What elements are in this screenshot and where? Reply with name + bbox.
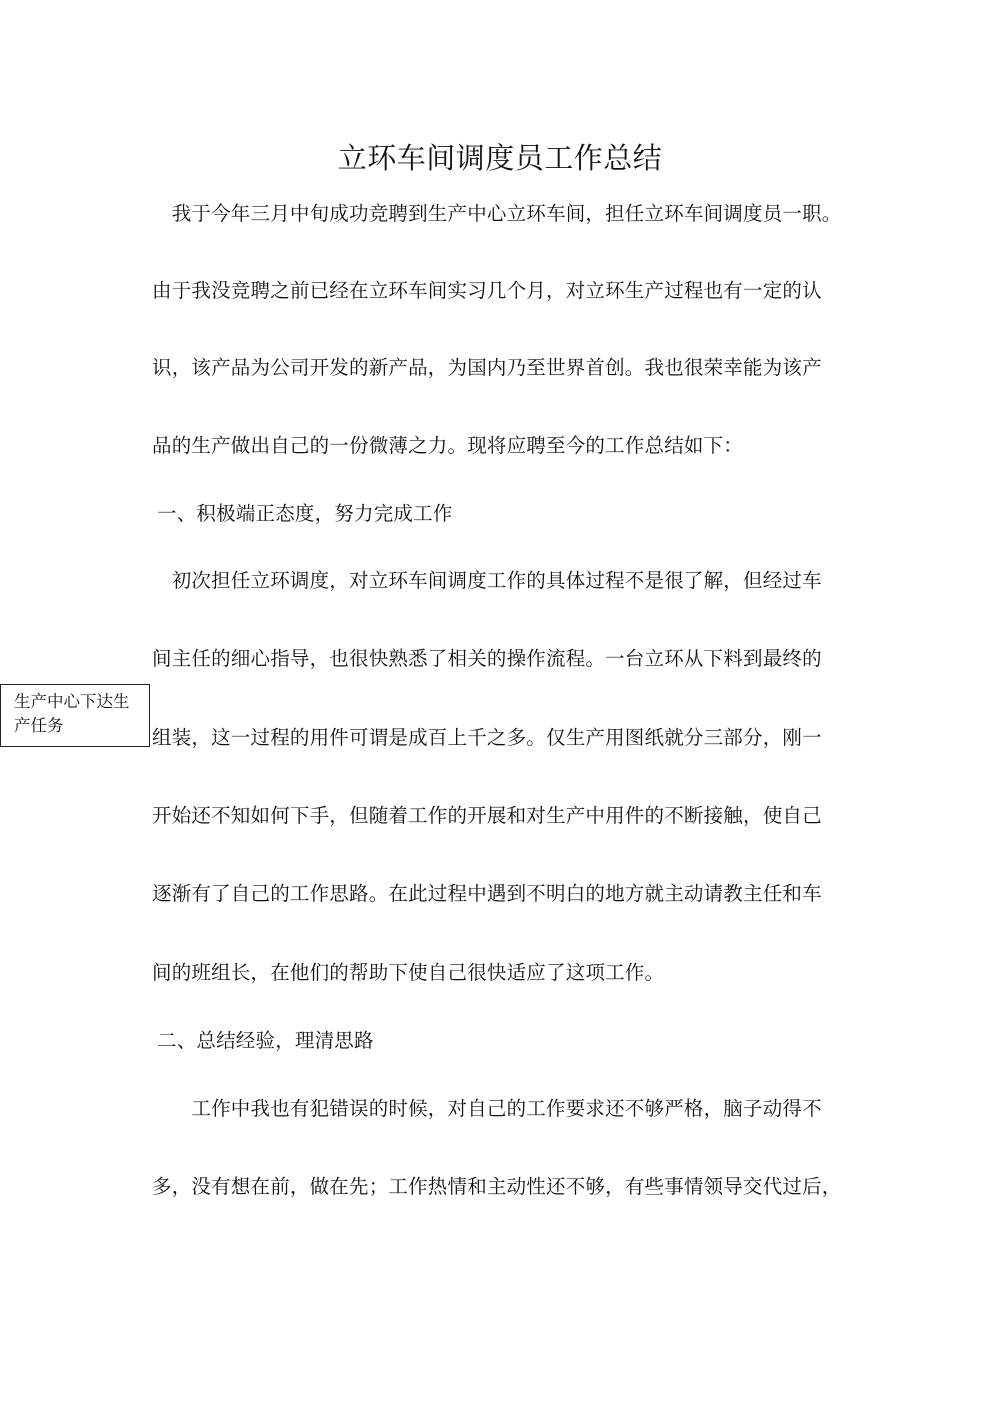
body-line-9: 逐渐有了自己的工作思路。在此过程中遇到不明白的地方就主动请教主任和车 xyxy=(152,881,822,907)
annotation-textbox: 生产中心下达生 产任务 xyxy=(0,684,150,747)
document-page: 立环车间调度员工作总结 我于今年三月中旬成功竞聘到生产中心立环车间，担任立环车间… xyxy=(0,0,1000,1415)
body-line-10: 间的班组长，在他们的帮助下使自己很快适应了这项工作。 xyxy=(152,960,664,986)
body-line-4: 品的生产做出自己的一份微薄之力。现将应聘至今的工作总结如下： xyxy=(152,433,743,459)
body-line-1: 我于今年三月中旬成功竞聘到生产中心立环车间，担任立环车间调度员一职。 xyxy=(152,201,842,227)
body-line-7: 组装，这一过程的用件可谓是成百上千之多。仅生产用图纸就分三部分，刚一 xyxy=(152,725,822,751)
body-line-11: 工作中我也有犯错误的时候，对自己的工作要求还不够严格，脑子动得不 xyxy=(152,1096,822,1122)
body-line-3: 识，该产品为公司开发的新产品，为国内乃至世界首创。我也很荣幸能为该产 xyxy=(152,355,822,381)
body-line-2: 由于我没竞聘之前已经在立环车间实习几个月，对立环生产过程也有一定的认 xyxy=(152,278,822,304)
body-line-5: 初次担任立环调度，对立环车间调度工作的具体过程不是很了解，但经过车 xyxy=(152,568,822,594)
body-line-8: 开始还不知如何下手，但随着工作的开展和对生产中用件的不断接触，使自己 xyxy=(152,803,822,829)
textbox-line-1: 生产中心下达生 xyxy=(14,690,141,714)
section-heading-1: 一、积极端正态度，努力完成工作 xyxy=(157,501,453,527)
section-heading-2: 二、总结经验，理清思路 xyxy=(157,1028,374,1054)
body-line-6: 间主任的细心指导，也很快熟悉了相关的操作流程。一台立环从下料到最终的 xyxy=(152,646,822,672)
document-title: 立环车间调度员工作总结 xyxy=(0,140,1000,176)
body-line-12: 多，没有想在前，做在先；工作热情和主动性还不够，有些事情领导交代过后， xyxy=(152,1174,842,1200)
textbox-line-2: 产任务 xyxy=(14,714,141,738)
